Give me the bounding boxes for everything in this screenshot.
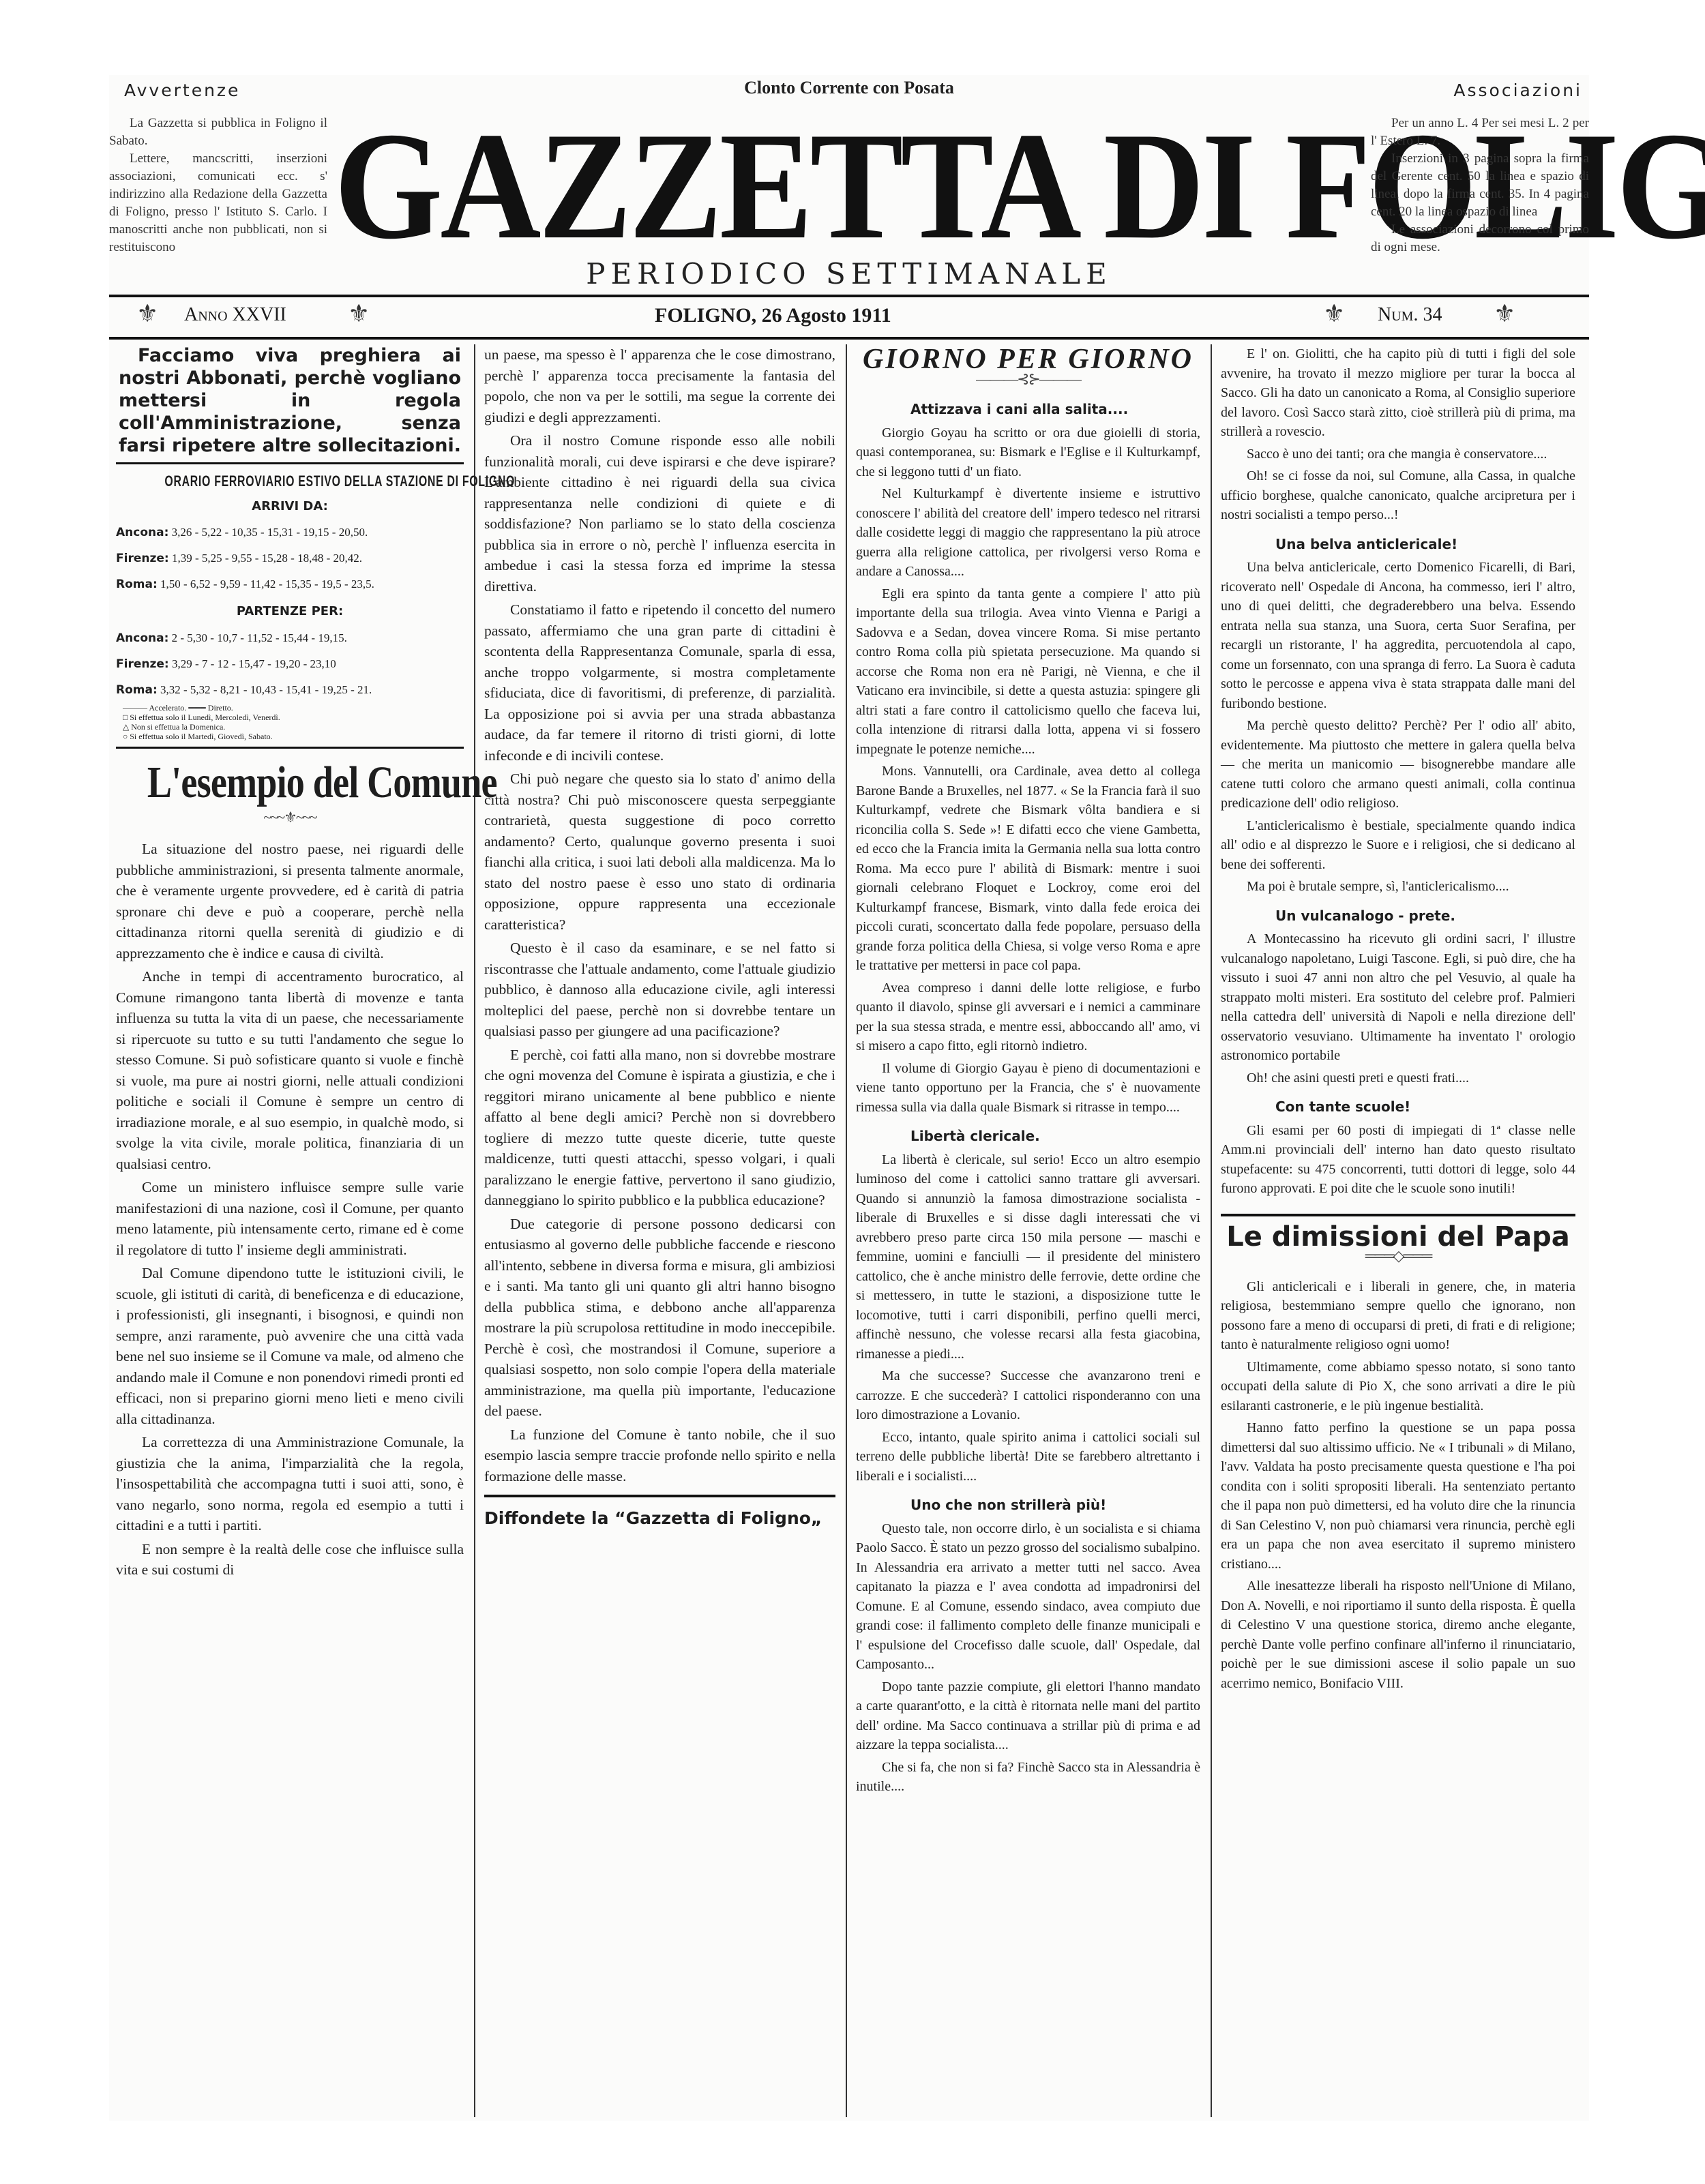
- article-title: Le dimissioni del Papa: [1221, 1227, 1575, 1247]
- subscriber-notice: Facciamo viva preghiera ai nostri Abbona…: [116, 344, 464, 464]
- article-title: L'esempio del Comune: [147, 758, 432, 807]
- article-paragraph: Hanno fatto perfino la questione se un p…: [1221, 1418, 1575, 1574]
- article-paragraph: Come un ministero influisce sempre sulle…: [116, 1177, 464, 1260]
- item-paragraph: Oh! se ci fosse da noi, sul Comune, alla…: [1221, 466, 1575, 525]
- article-paragraph: Ultimamente, come abbiamo spesso notato,…: [1221, 1358, 1575, 1416]
- subscriptions-text: Inserzioni in 3 pagina sopra la firma de…: [1371, 150, 1589, 221]
- promo-banner: Diffondete la “Gazzetta di Foligno„: [484, 1495, 835, 1529]
- item-heading: Uno che non strillerà più!: [910, 1495, 1200, 1515]
- timetable-row: Ancona: 3,26 - 5,22 - 10,35 - 15,31 - 19…: [116, 520, 464, 545]
- article-divider: [1221, 1214, 1575, 1216]
- timetable-row: Roma: 3,32 - 5,32 - 8,21 - 10,43 - 15,41…: [116, 677, 464, 703]
- timetable-row: Roma: 1,50 - 6,52 - 9,59 - 11,42 - 15,35…: [116, 571, 464, 597]
- article-paragraph: Alle inesattezze liberali ha risposto ne…: [1221, 1576, 1575, 1693]
- item-paragraph: Il volume di Giorgio Gayau è pieno di do…: [856, 1059, 1200, 1118]
- arrivals-label: ARRIVI DA:: [116, 496, 464, 518]
- timetable-legend: ——— Accelerato. ═══ Diretto. □ Si effett…: [123, 703, 464, 741]
- article-paragraph: E non sempre è la realtà delle cose che …: [116, 1539, 464, 1581]
- item-paragraph: Nel Kulturkampf è divertente insieme e i…: [856, 484, 1200, 582]
- ornament-icon: ⚜: [1494, 300, 1515, 328]
- dateline: ⚜ Anno XXVII ⚜ FOLIGNO, 26 Agosto 1911 ⚜…: [109, 300, 1589, 334]
- item-paragraph: La libertà è clericale, sul serio! Ecco …: [856, 1150, 1200, 1364]
- timetable-row: Firenze: 3,29 - 7 - 12 - 15,47 - 19,20 -…: [116, 651, 464, 677]
- article-paragraph: Dal Comune dipendono tutte le istituzion…: [116, 1263, 464, 1429]
- article-paragraph: Questo è il caso da esaminare, e se nel …: [484, 938, 835, 1042]
- section-title: GIORNO PER GIORNO: [856, 350, 1200, 370]
- postal-account-label: Clonto Corrente con Posata: [109, 78, 1589, 98]
- item-paragraph: Questo tale, non occorre dirlo, è un soc…: [856, 1519, 1200, 1675]
- departures-label: PARTENZE PER:: [116, 601, 464, 623]
- item-paragraph: Sacco è uno dei tanti; ora che mangia è …: [1221, 445, 1575, 464]
- column-3: GIORNO PER GIORNO ———⊰⊱——— Attizzava i c…: [856, 344, 1200, 1799]
- article-paragraph: Anche in tempi di accentramento burocrat…: [116, 966, 464, 1174]
- place-date: FOLIGNO, 26 Agosto 1911: [655, 304, 891, 327]
- ornament-icon: ⚜: [1323, 300, 1345, 328]
- item-paragraph: L'anticlericalismo è bestiale, specialme…: [1221, 816, 1575, 875]
- item-heading: Un vulcanalogo - prete.: [1275, 906, 1575, 926]
- flourish-icon: ~~~⚜~~~: [116, 807, 464, 828]
- timetable-row: Ancona: 2 - 5,30 - 10,7 - 11,52 - 15,44 …: [116, 625, 464, 651]
- item-paragraph: Oh! che asini questi preti e questi frat…: [1221, 1068, 1575, 1088]
- item-paragraph: Ma perchè questo delitto? Perchè? Per l'…: [1221, 716, 1575, 813]
- item-paragraph: Egli era spinto da tanta gente a compier…: [856, 584, 1200, 760]
- article-paragraph: E perchè, coi fatti alla mano, non si do…: [484, 1045, 835, 1211]
- subscriptions-box: Per un anno L. 4 Per sei mesi L. 2 per l…: [1371, 115, 1589, 256]
- warnings-text: La Gazzetta si pubblica in Foligno il Sa…: [109, 115, 327, 150]
- item-paragraph: Che si fa, che non si fa? Finchè Sacco s…: [856, 1758, 1200, 1797]
- item-paragraph: Giorgio Goyau ha scritto or ora due gioi…: [856, 423, 1200, 482]
- warnings-box: La Gazzetta si pubblica in Foligno il Sa…: [109, 115, 327, 256]
- column-1: Facciamo viva preghiera ai nostri Abbona…: [116, 344, 464, 1583]
- rule-top: [109, 295, 1589, 297]
- article-paragraph: Ora il nostro Comune risponde esso alle …: [484, 430, 835, 597]
- train-timetable: ORARIO FERROVIARIO ESTIVO DELLA STAZIONE…: [116, 464, 464, 749]
- warnings-text: Lettere, mancscritti, inserzioni associa…: [109, 150, 327, 256]
- item-paragraph: Ma che successe? Successe che avanzarono…: [856, 1366, 1200, 1425]
- ornament-icon: ⚜: [348, 300, 370, 328]
- item-paragraph: Ma poi è brutale sempre, sì, l'anticleri…: [1221, 877, 1575, 897]
- timetable-row: Firenze: 1,39 - 5,25 - 9,55 - 15,28 - 18…: [116, 545, 464, 571]
- article-paragraph: Chi può negare che questo sia lo stato d…: [484, 768, 835, 935]
- issue-number: Num. 34: [1378, 304, 1442, 326]
- item-paragraph: Dopo tante pazzie compiute, gli elettori…: [856, 1677, 1200, 1755]
- item-heading: Attizzava i cani alla salita....: [910, 400, 1200, 419]
- article-paragraph: La funzione del Comune è tanto nobile, c…: [484, 1424, 835, 1487]
- column-divider: [846, 344, 847, 2117]
- item-paragraph: Avea compreso i danni delle lotte religi…: [856, 978, 1200, 1056]
- article-paragraph: Gli anticlericali e i liberali in genere…: [1221, 1277, 1575, 1355]
- rule-bottom: [109, 337, 1589, 340]
- subscriptions-text: Per un anno L. 4 Per sei mesi L. 2 per l…: [1371, 115, 1589, 150]
- column-4: E l' on. Giolitti, che ha capito più di …: [1221, 344, 1575, 1696]
- ornament-icon: ⚜: [136, 300, 158, 328]
- column-divider: [474, 344, 475, 2117]
- item-paragraph: Mons. Vannutelli, ora Cardinale, avea de…: [856, 762, 1200, 976]
- article-paragraph: La situazione del nostro paese, nei rigu…: [116, 839, 464, 963]
- item-paragraph: E l' on. Giolitti, che ha capito più di …: [1221, 344, 1575, 442]
- newspaper-page: Avvertenze Clonto Corrente con Posata As…: [109, 75, 1589, 2121]
- column-2: un paese, ma spesso è l' apparenza che l…: [484, 344, 835, 1529]
- timetable-title: ORARIO FERROVIARIO ESTIVO DELLA STAZIONE…: [164, 471, 415, 492]
- subscriptions-label: Associazioni: [1453, 80, 1582, 100]
- year-label: Anno XXVII: [184, 304, 286, 326]
- column-divider: [1211, 344, 1212, 2117]
- article-paragraph: un paese, ma spesso è l' apparenza che l…: [484, 344, 835, 428]
- item-heading: Con tante scuole!: [1275, 1097, 1575, 1117]
- item-paragraph: Gli esami per 60 posti di impiegati di 1…: [1221, 1121, 1575, 1199]
- item-heading: Libertà clericale.: [910, 1126, 1200, 1146]
- item-heading: Una belva anticlericale!: [1275, 535, 1575, 554]
- item-paragraph: Ecco, intanto, quale spirito anima i cat…: [856, 1428, 1200, 1486]
- article-paragraph: La correttezza di una Amministrazione Co…: [116, 1432, 464, 1536]
- article-paragraph: Constatiamo il fatto e ripetendo il conc…: [484, 599, 835, 766]
- item-paragraph: Una belva anticlericale, certo Domenico …: [1221, 558, 1575, 713]
- subscriptions-text: Le associazioni decorrono col primo di o…: [1371, 221, 1589, 256]
- item-paragraph: A Montecassino ha ricevuto gli ordini sa…: [1221, 929, 1575, 1066]
- article-paragraph: Due categorie di persone possono dedicar…: [484, 1214, 835, 1422]
- masthead: GAZZETTA DI FOLIGNO PERIODICO SETTIMANAL…: [334, 109, 1364, 290]
